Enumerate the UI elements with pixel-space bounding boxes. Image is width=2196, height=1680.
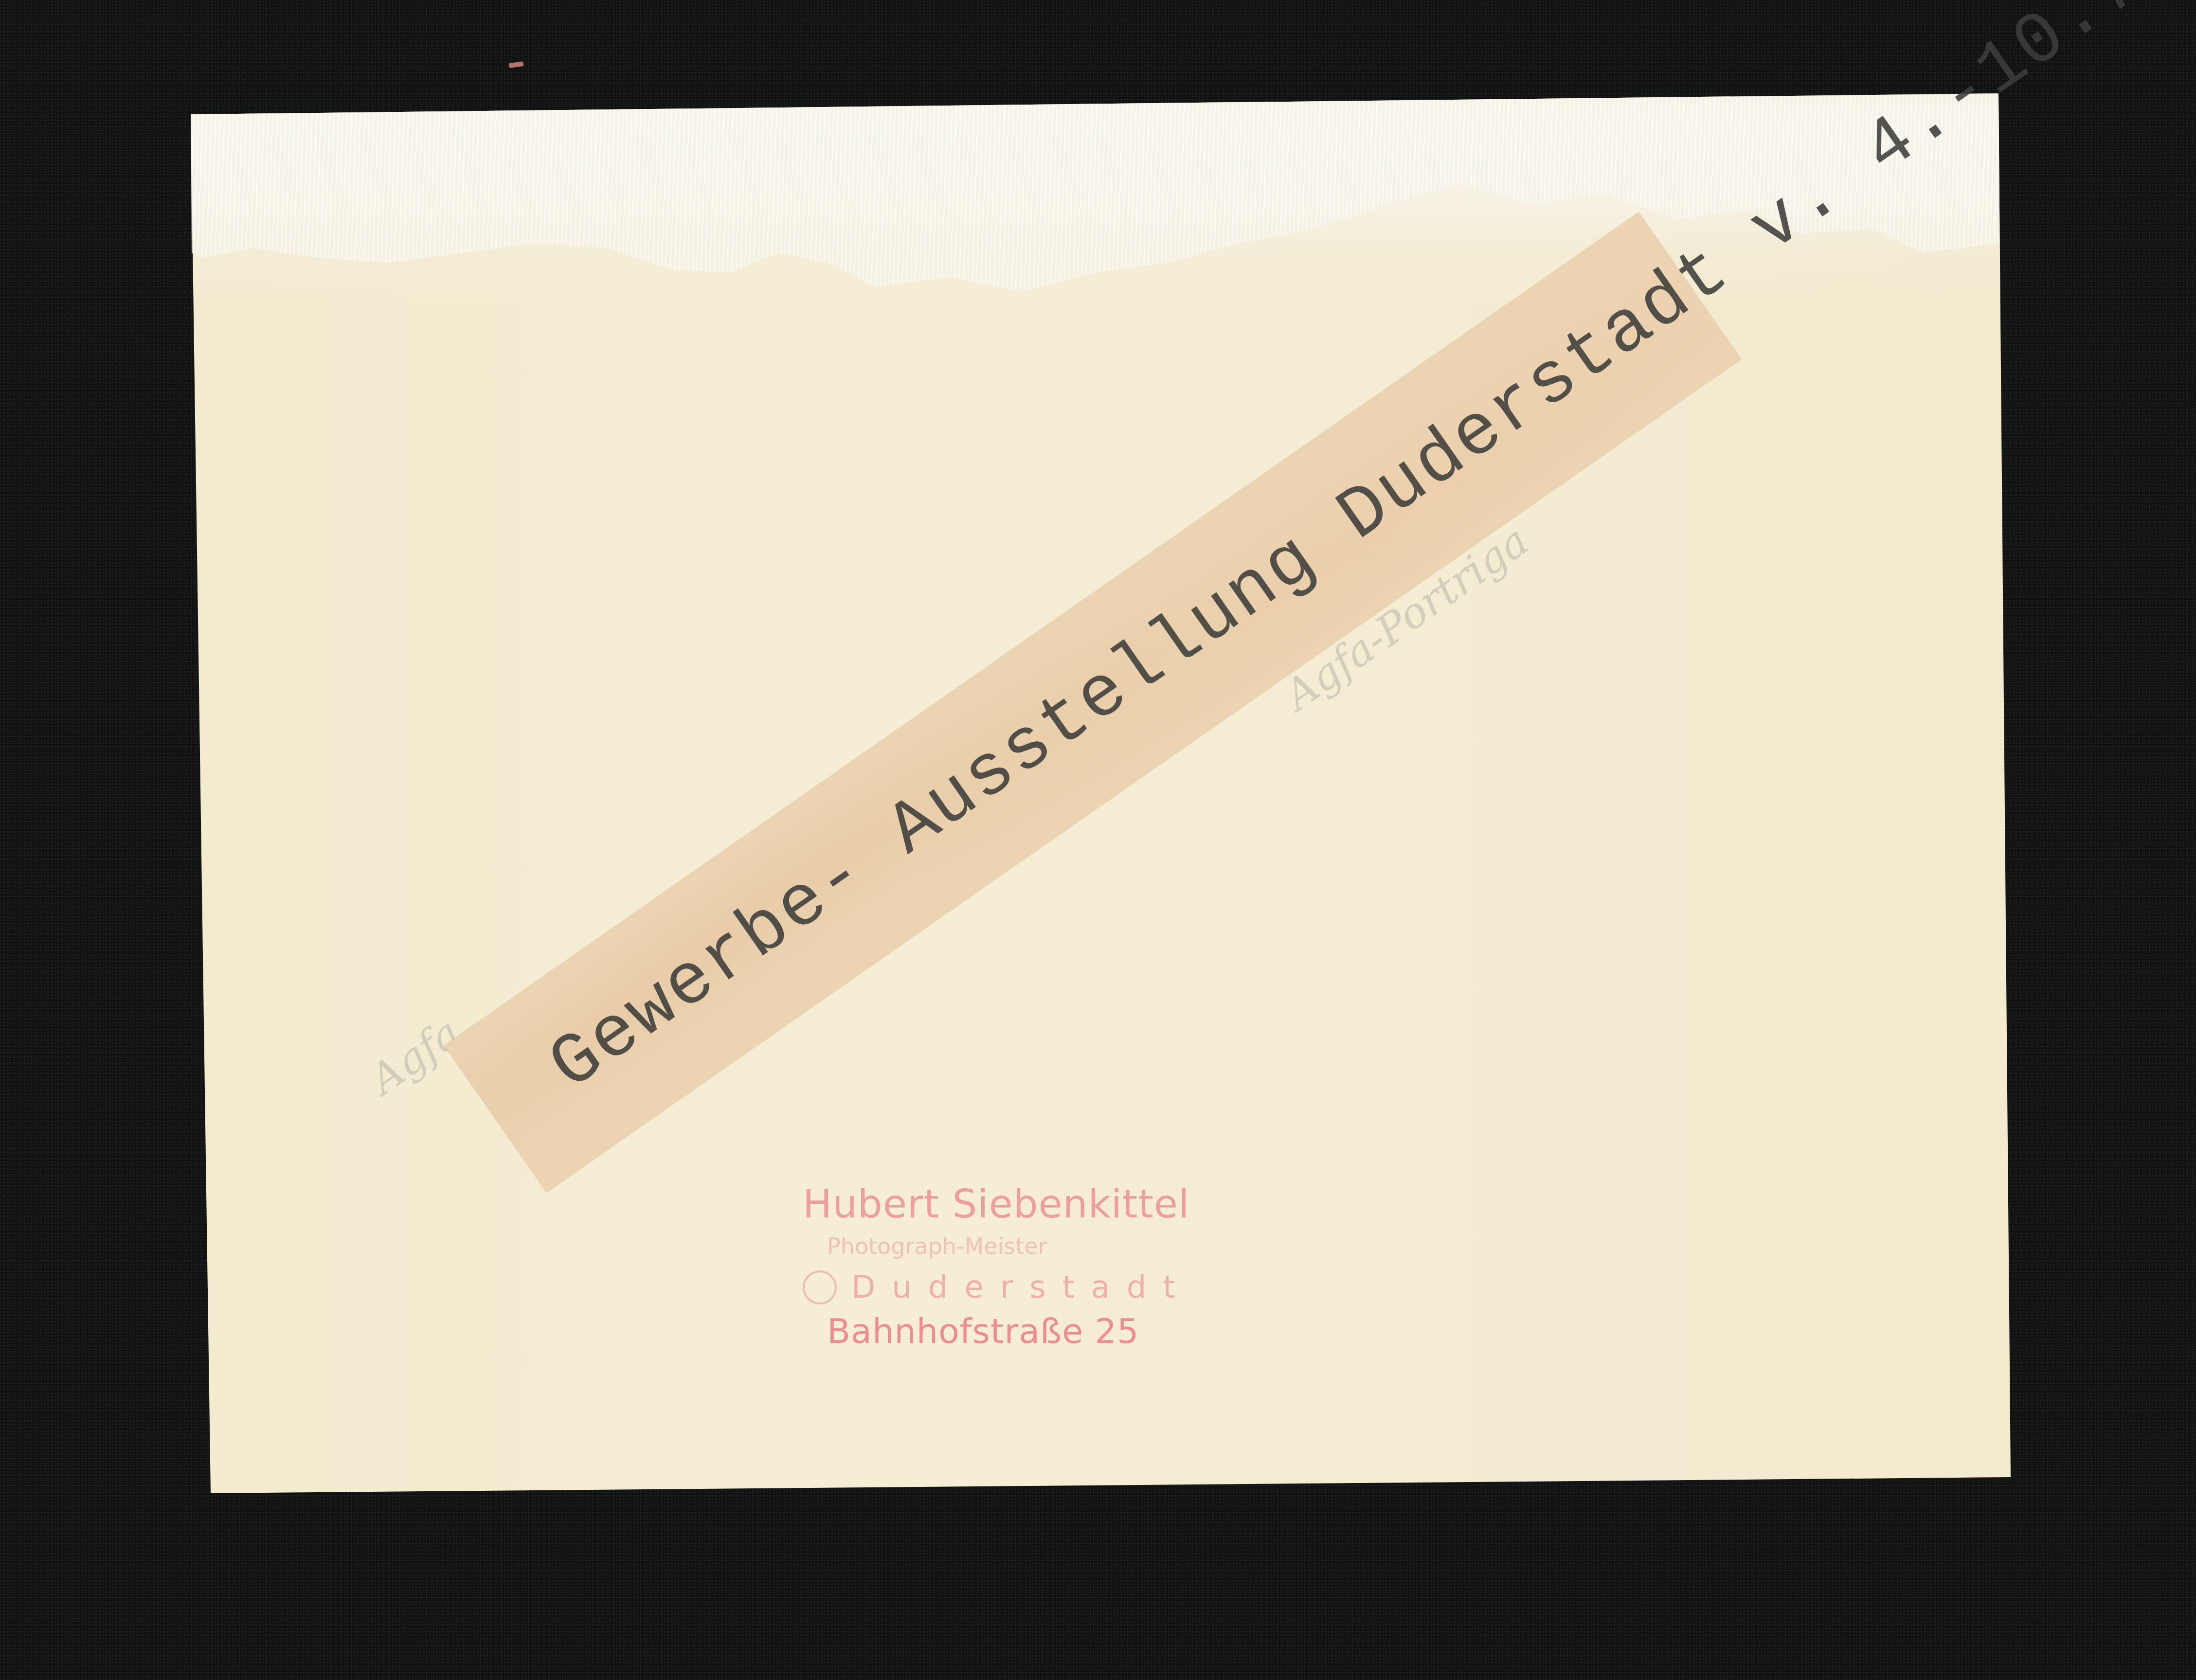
stamp-logo-icon — [803, 1270, 837, 1305]
stamp-name: Hubert Siebenkittel — [803, 1182, 1284, 1227]
stamp-title: Photograph-Meister — [827, 1227, 1284, 1266]
stamp-city-row: Duderstadt — [803, 1266, 1284, 1309]
photographer-stamp: Hubert Siebenkittel Photograph-Meister D… — [774, 1182, 1284, 1353]
stamp-address: Bahnhofstraße 25 — [827, 1309, 1284, 1353]
stamp-city: Duderstadt — [851, 1266, 1192, 1309]
lint-mark — [508, 61, 523, 68]
